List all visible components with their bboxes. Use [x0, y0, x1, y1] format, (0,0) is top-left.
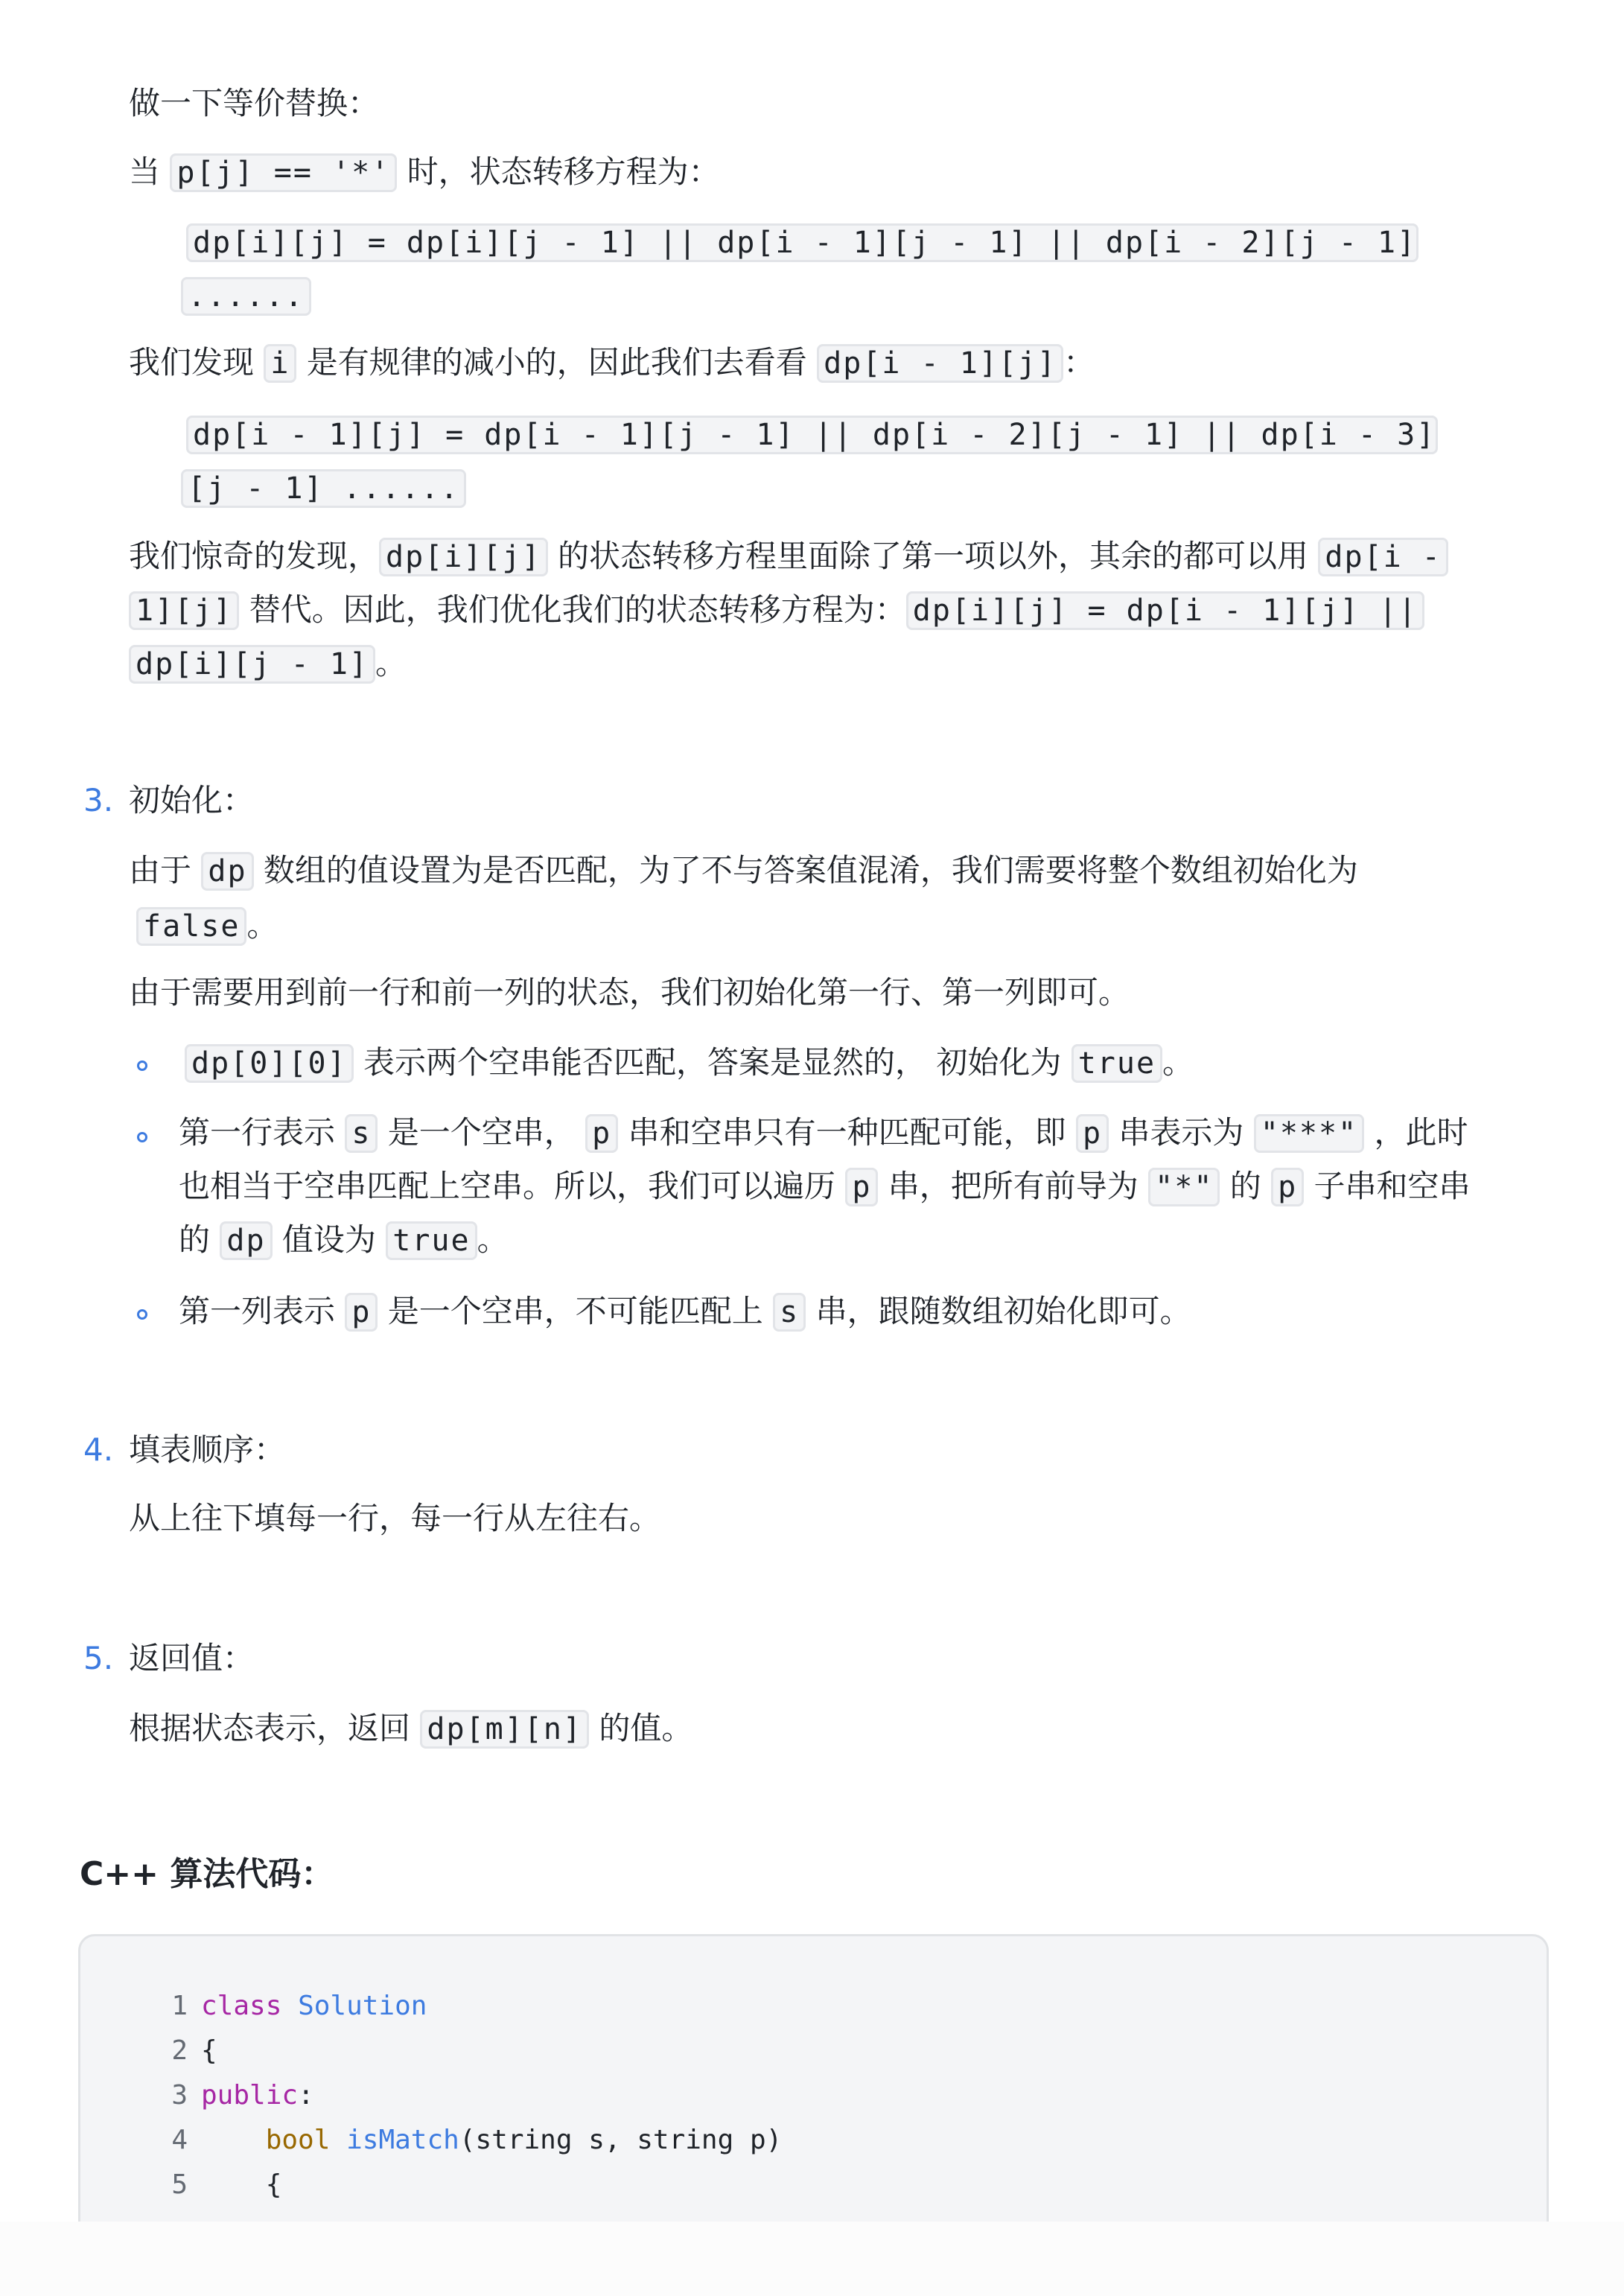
inline-code: p: [1271, 1168, 1304, 1206]
section-title-init: 初始化：: [129, 775, 254, 827]
inline-code: p[j] == '*': [170, 153, 397, 192]
paragraph-i-decrease: 我们发现 i 是有规律的减小的，因此我们去看看 dp[i - 1][j]：: [129, 337, 1095, 389]
text: 根据状态表示，返回: [129, 1710, 420, 1746]
inline-code: p: [585, 1114, 618, 1153]
inline-code: s: [773, 1293, 806, 1332]
list-number-5: 5.: [83, 1632, 113, 1685]
keyword: public: [201, 2080, 298, 2111]
text: 子串和空串: [1304, 1168, 1470, 1204]
class-name: Solution: [298, 1991, 427, 2021]
list-item-first-row: 第一行表示 s 是一个空串， p 串和空串只有一种匹配可能，即 p 串表示为 "…: [179, 1107, 1468, 1160]
text: 替代。因此，我们优化我们的状态转移方程为：: [239, 591, 905, 628]
text: 。: [477, 1221, 509, 1258]
bullet-icon: [137, 1060, 147, 1071]
text: 的: [179, 1221, 220, 1258]
inline-code: dp[i][j]: [379, 538, 548, 576]
inline-code: true: [1071, 1044, 1162, 1083]
line-number: 1: [155, 1984, 188, 2029]
text: 串，把所有前导为: [878, 1168, 1148, 1204]
keyword: class: [201, 1991, 281, 2021]
code-heading: C++ 算法代码：: [80, 1848, 334, 1901]
inline-code: dp[i -: [1318, 538, 1448, 576]
line-number: 3: [155, 2073, 188, 2118]
code-line-1: 1class Solution: [155, 1984, 427, 2029]
text: 。: [1162, 1044, 1194, 1081]
inline-code: p: [345, 1293, 378, 1332]
text: 的状态转移方程里面除了第一项以外，其余的都可以用: [548, 538, 1319, 574]
text: ，此时: [1364, 1114, 1468, 1151]
inline-code: dp: [220, 1221, 272, 1260]
paragraph-fill-order: 从上往下填每一行，每一行从左往右。: [129, 1492, 660, 1545]
text: 我们发现: [129, 344, 264, 381]
code-text: (string s, string p): [459, 2125, 782, 2155]
inline-code: p: [1076, 1114, 1109, 1153]
code-line-3: 3public:: [155, 2073, 314, 2118]
text: 第一行表示: [179, 1114, 345, 1151]
section-title-return: 返回值：: [129, 1632, 254, 1685]
inline-code: dp[m][n]: [420, 1710, 589, 1749]
text: 串和空串只有一种匹配可能，即: [618, 1114, 1076, 1151]
inline-code: dp[i - 1][j]: [817, 344, 1063, 383]
space: [330, 2125, 346, 2155]
code-block[interactable]: 1class Solution 2{ 3public: 4 bool isMat…: [78, 1934, 1549, 2232]
text: 。: [246, 907, 278, 944]
text: 当: [129, 153, 170, 190]
code-line-5: 5 {: [155, 2163, 281, 2207]
indent: [201, 2169, 266, 2200]
text: 值设为: [273, 1221, 386, 1258]
code-text: :: [298, 2080, 314, 2111]
bullet-icon: [137, 1132, 147, 1142]
list-item-first-row-2: 也相当于空串匹配上空串。所以，我们可以遍历 p 串，把所有前导为 "*" 的 p…: [179, 1160, 1471, 1213]
code-line-2: 2{: [155, 2029, 217, 2073]
inline-code: dp[i][j] = dp[i - 1][j] ||: [906, 591, 1424, 630]
space: [281, 1991, 298, 2021]
inline-code: i: [264, 344, 296, 383]
paragraph-init-1-cont: false。: [136, 900, 278, 953]
text: 。: [375, 645, 407, 681]
paragraph-optimization-3: dp[i][j - 1]。: [129, 637, 407, 690]
text: 表示两个空串能否匹配，答案是显然的， 初始化为: [354, 1044, 1071, 1081]
list-item-dp00: dp[0][0] 表示两个空串能否匹配，答案是显然的， 初始化为 true。: [185, 1037, 1194, 1090]
inline-code: "*": [1148, 1168, 1220, 1206]
formula-block-2-cont: [j - 1] ......: [181, 462, 466, 515]
text: 是有规律的减小的，因此我们去看看: [296, 344, 817, 381]
line-number: 4: [155, 2118, 188, 2163]
type-keyword: bool: [266, 2125, 331, 2155]
paragraph-optimization-2: 1][j] 替代。因此，我们优化我们的状态转移方程为：dp[i][j] = dp…: [129, 584, 1424, 637]
code-text: {: [266, 2169, 282, 2200]
line-number: 5: [155, 2163, 188, 2207]
bullet-icon: [137, 1309, 147, 1320]
function-name: isMatch: [346, 2125, 459, 2155]
text: 的: [1220, 1168, 1271, 1204]
inline-code: false: [136, 907, 246, 946]
paragraph-init-2: 由于需要用到前一行和前一列的状态，我们初始化第一行、第一列即可。: [129, 967, 1130, 1019]
indent: [201, 2125, 266, 2155]
formula-code: ......: [181, 277, 311, 316]
inline-code: dp[i][j - 1]: [129, 645, 375, 684]
formula-block-1-cont: ......: [181, 270, 311, 322]
paragraph-equivalent-replace: 做一下等价替换：: [129, 77, 379, 130]
text: 串表示为: [1109, 1114, 1254, 1151]
section-title-fill-order: 填表顺序：: [129, 1424, 285, 1476]
list-number-4: 4.: [83, 1424, 113, 1476]
code-line-4: 4 bool isMatch(string s, string p): [155, 2118, 782, 2163]
line-number: 2: [155, 2029, 188, 2073]
text: 的值。: [589, 1710, 692, 1746]
text: ：: [1063, 344, 1095, 381]
text: 做一下等价替换：: [129, 85, 379, 121]
inline-code: dp: [201, 852, 253, 891]
text: 第一列表示: [179, 1293, 345, 1329]
text: 串，跟随数组初始化即可。: [806, 1293, 1191, 1329]
list-number-3: 3.: [83, 775, 113, 827]
inline-code: "***": [1254, 1114, 1364, 1153]
list-item-first-row-3: 的 dp 值设为 true。: [179, 1214, 509, 1267]
inline-code: dp[0][0]: [185, 1044, 354, 1083]
code-text: {: [201, 2035, 217, 2066]
text: 时，状态转移方程为：: [397, 153, 719, 190]
text: 数组的值设置为是否匹配，为了不与答案值混淆，我们需要将整个数组初始化为: [254, 852, 1358, 888]
formula-block-2: dp[i - 1][j] = dp[i - 1][j - 1] || dp[i …: [186, 408, 1438, 461]
text: 我们惊奇的发现，: [129, 538, 379, 574]
formula-code: [j - 1] ......: [181, 469, 466, 508]
paragraph-star-case: 当 p[j] == '*' 时，状态转移方程为：: [129, 146, 720, 199]
inline-code: 1][j]: [129, 591, 239, 630]
formula-code: dp[i - 1][j] = dp[i - 1][j - 1] || dp[i …: [186, 416, 1438, 454]
text: 是一个空串，: [378, 1114, 585, 1151]
paragraph-optimization: 我们惊奇的发现，dp[i][j] 的状态转移方程里面除了第一项以外，其余的都可以…: [129, 530, 1448, 583]
list-item-first-col: 第一列表示 p 是一个空串，不可能匹配上 s 串，跟随数组初始化即可。: [179, 1285, 1191, 1338]
text: 也相当于空串匹配上空串。所以，我们可以遍历: [179, 1168, 845, 1204]
formula-block-1: dp[i][j] = dp[i][j - 1] || dp[i - 1][j -…: [186, 216, 1418, 269]
inline-code: p: [845, 1168, 878, 1206]
paragraph-return: 根据状态表示，返回 dp[m][n] 的值。: [129, 1702, 692, 1755]
inline-code: s: [345, 1114, 378, 1153]
page-bottom-margin: [0, 2222, 1624, 2296]
text: 是一个空串，不可能匹配上: [378, 1293, 773, 1329]
inline-code: true: [386, 1221, 477, 1260]
text: 由于: [129, 852, 201, 888]
formula-code: dp[i][j] = dp[i][j - 1] || dp[i - 1][j -…: [186, 223, 1418, 262]
paragraph-init-1: 由于 dp 数组的值设置为是否匹配，为了不与答案值混淆，我们需要将整个数组初始化…: [129, 845, 1358, 897]
